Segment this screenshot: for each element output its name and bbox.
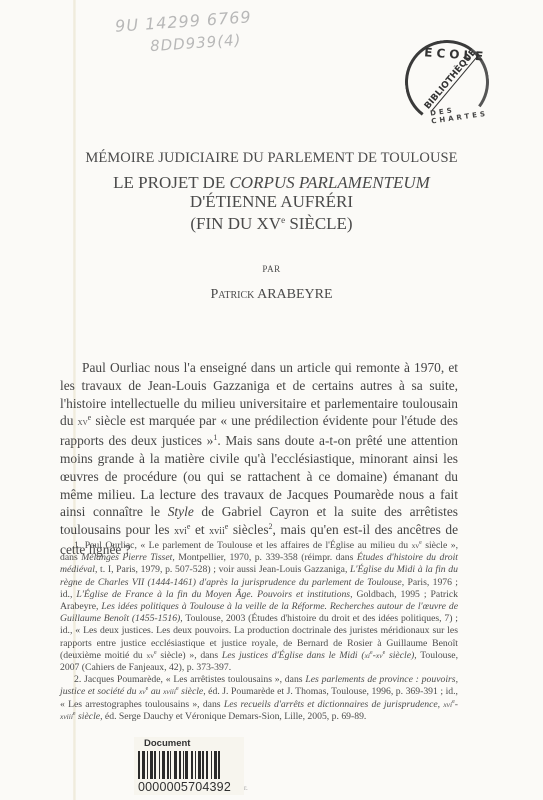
footnote-1: 1. Paul Ourliac, « Le parlement de Toulo… [60, 540, 458, 674]
author-first-name: Patrick [210, 287, 254, 302]
title-line-3: (FIN DU XVe SIÈCLE) [0, 211, 543, 233]
author-name: Patrick ARABEYRE [0, 287, 543, 303]
title-italic: CORPUS PARLAMENTEUM [229, 173, 429, 192]
barcode-label-text: Document [144, 738, 190, 749]
barcode-icon [138, 751, 236, 779]
page-mark: r. [244, 784, 248, 792]
library-stamp: ECOLE BIBLIOTHÈQUE DES CHARTES [400, 35, 495, 130]
series-title: MÉMOIRE JUDICIAIRE DU PARLEMENT DE TOULO… [0, 150, 543, 167]
footnote-2: 2. Jacques Poumarède, « Les arrêtistes t… [60, 674, 458, 723]
barcode-number: 0000005704392 [138, 780, 231, 794]
handwritten-call-number: 8DD939(4) [149, 31, 242, 55]
barcode-sticker: Document 0000005704392 [134, 737, 244, 795]
body-paragraph: Paul Ourliac nous l'a enseigné dans un a… [60, 359, 458, 559]
footnotes: 1. Paul Ourliac, « Le parlement de Toulo… [60, 540, 458, 723]
author-last-name: ARABEYRE [257, 287, 332, 302]
title-line-2: D'ÉTIENNE AUFRÉRI [0, 192, 543, 211]
byline-par: PAR [0, 264, 543, 274]
article-title: LE PROJET DE CORPUS PARLAMENTEUM D'ÉTIEN… [0, 173, 543, 233]
stamp-bottom-text: DES CHARTES [430, 101, 492, 125]
title-line-1: LE PROJET DE CORPUS PARLAMENTEUM [0, 173, 543, 192]
